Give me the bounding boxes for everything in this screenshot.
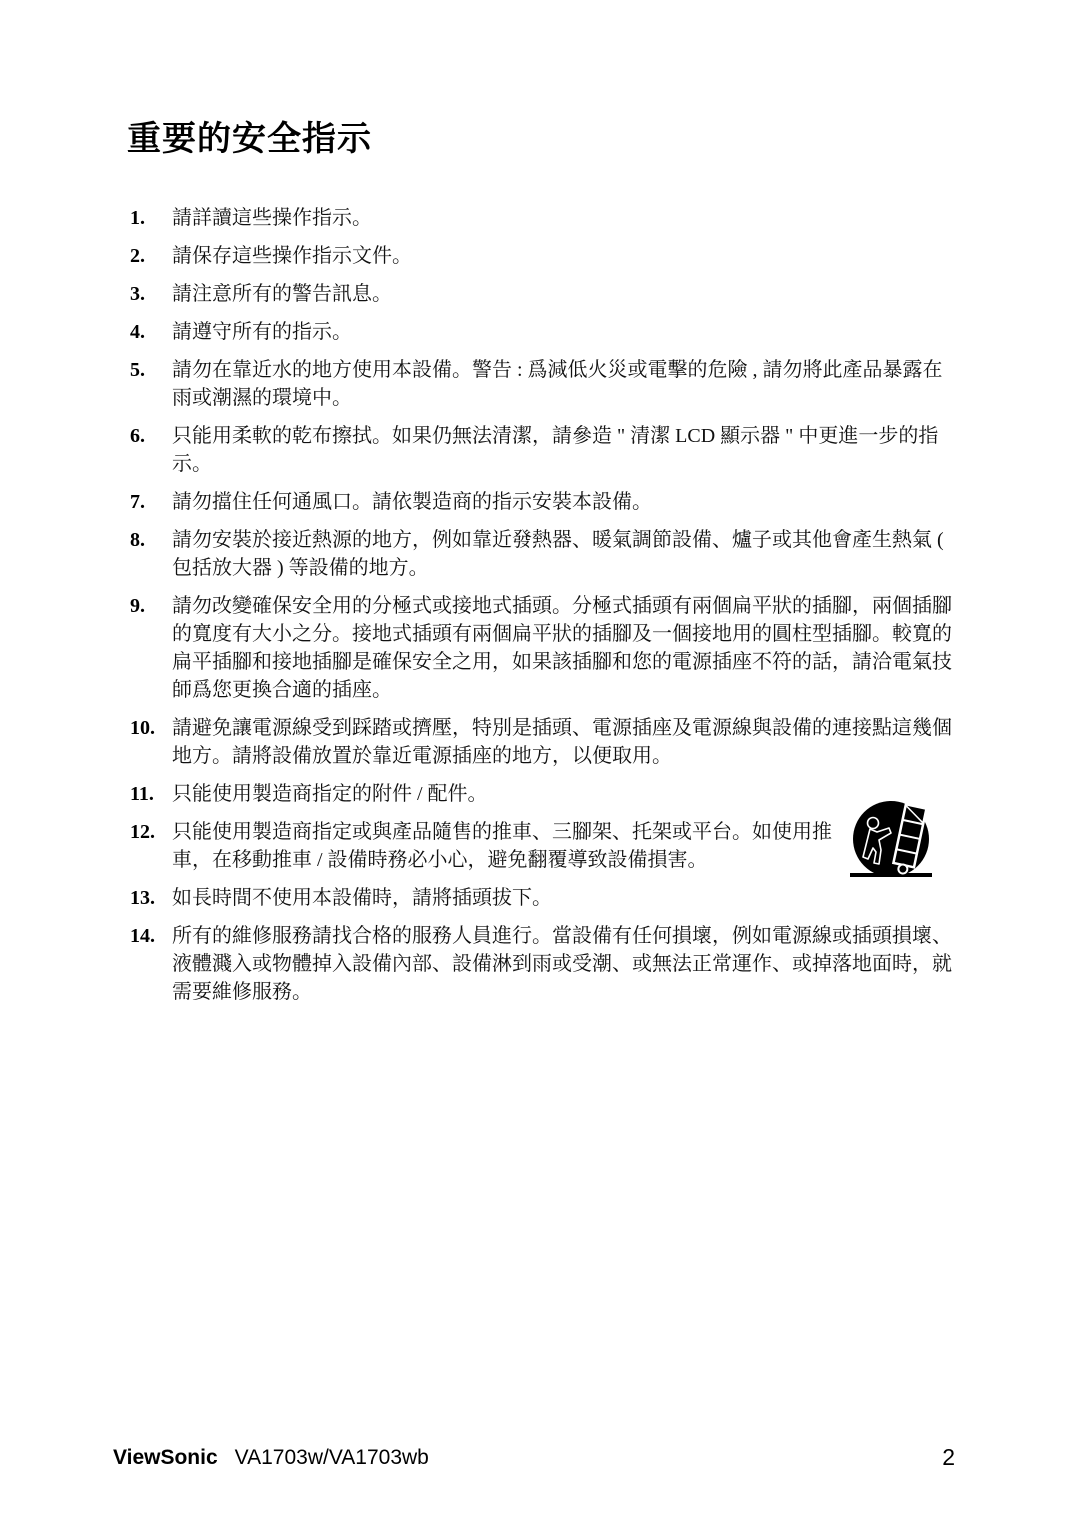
list-item: 13. 如長時間不使用本設備時，請將插頭拔下。 xyxy=(130,884,960,912)
item-number: 10. xyxy=(130,714,172,742)
item-number: 5. xyxy=(130,356,172,384)
item-text: 如長時間不使用本設備時，請將插頭拔下。 xyxy=(172,884,960,912)
list-item: 10. 請避免讓電源線受到踩踏或擠壓，特別是插頭、電源插座及電源線與設備的連接點… xyxy=(130,714,960,770)
footer: ViewSonicVA1703w/VA1703wb xyxy=(113,1446,956,1470)
list-item: 2. 請保存這些操作指示文件。 xyxy=(130,242,960,270)
item-text: 請遵守所有的指示。 xyxy=(172,318,960,346)
item-number: 8. xyxy=(130,526,172,554)
cart-tipping-warning-icon xyxy=(848,798,934,884)
item-text: 請勿在靠近水的地方使用本設備。警告 : 爲減低火災或電擊的危險 , 請勿將此產品… xyxy=(172,356,960,412)
page-title: 重要的安全指示 xyxy=(127,120,372,158)
item-number: 11. xyxy=(130,780,172,808)
list-item: 5. 請勿在靠近水的地方使用本設備。警告 : 爲減低火災或電擊的危險 , 請勿將… xyxy=(130,356,960,412)
list-item: 1. 請詳讀這些操作指示。 xyxy=(130,204,960,232)
manual-page: 重要的安全指示 1. 請詳讀這些操作指示。 2. 請保存這些操作指示文件。 3.… xyxy=(0,0,1080,1527)
list-item: 6. 只能用柔軟的乾布擦拭。如果仍無法清潔，請參造 " 清潔 LCD 顯示器 "… xyxy=(130,422,960,478)
list-item: 9. 請勿改變確保安全用的分極式或接地式插頭。分極式插頭有兩個扁平狀的插腳，兩個… xyxy=(130,592,960,704)
list-item: 11. 只能使用製造商指定的附件 / 配件。 xyxy=(130,780,960,808)
list-item: 3. 請注意所有的警告訊息。 xyxy=(130,280,960,308)
item-text: 請保存這些操作指示文件。 xyxy=(172,242,960,270)
footer-page-number: 2 xyxy=(942,1444,955,1470)
item-text: 請注意所有的警告訊息。 xyxy=(172,280,960,308)
item-text: 所有的維修服務請找合格的服務人員進行。當設備有任何損壞，例如電源線或插頭損壞、液… xyxy=(172,922,960,1006)
list-item: 14. 所有的維修服務請找合格的服務人員進行。當設備有任何損壞，例如電源線或插頭… xyxy=(130,922,960,1006)
item-number: 6. xyxy=(130,422,172,450)
item-text: 請勿改變確保安全用的分極式或接地式插頭。分極式插頭有兩個扁平狀的插腳，兩個插腳的… xyxy=(172,592,960,704)
item-number: 9. xyxy=(130,592,172,620)
item-number: 2. xyxy=(130,242,172,270)
item-number: 13. xyxy=(130,884,172,912)
safety-instructions-list: 1. 請詳讀這些操作指示。 2. 請保存這些操作指示文件。 3. 請注意所有的警… xyxy=(130,204,960,1016)
item-number: 12. xyxy=(130,818,172,846)
footer-brand: ViewSonic xyxy=(113,1446,218,1469)
item-text: 只能使用製造商指定的附件 / 配件。 xyxy=(172,780,960,808)
item-text: 請勿擋住任何通風口。請依製造商的指示安裝本設備。 xyxy=(172,488,960,516)
item-text: 請詳讀這些操作指示。 xyxy=(172,204,960,232)
item-text: 只能用柔軟的乾布擦拭。如果仍無法清潔，請參造 " 清潔 LCD 顯示器 " 中更… xyxy=(172,422,960,478)
item-number: 14. xyxy=(130,922,172,950)
item-text: 請避免讓電源線受到踩踏或擠壓，特別是插頭、電源插座及電源線與設備的連接點這幾個地… xyxy=(172,714,960,770)
item-number: 4. xyxy=(130,318,172,346)
list-item: 12. 只能使用製造商指定或與產品隨售的推車、三腳架、托架或平台。如使用推車，在… xyxy=(130,818,960,874)
item-text: 只能使用製造商指定或與產品隨售的推車、三腳架、托架或平台。如使用推車，在移動推車… xyxy=(172,818,832,874)
list-item: 4. 請遵守所有的指示。 xyxy=(130,318,960,346)
list-item: 8. 請勿安裝於接近熱源的地方，例如靠近發熱器、暖氣調節設備、爐子或其他會產生熱… xyxy=(130,526,960,582)
item-number: 3. xyxy=(130,280,172,308)
footer-model: VA1703w/VA1703wb xyxy=(235,1446,429,1469)
item-number: 1. xyxy=(130,204,172,232)
item-number: 7. xyxy=(130,488,172,516)
list-item: 7. 請勿擋住任何通風口。請依製造商的指示安裝本設備。 xyxy=(130,488,960,516)
item-text: 請勿安裝於接近熱源的地方，例如靠近發熱器、暖氣調節設備、爐子或其他會產生熱氣 (… xyxy=(172,526,960,582)
